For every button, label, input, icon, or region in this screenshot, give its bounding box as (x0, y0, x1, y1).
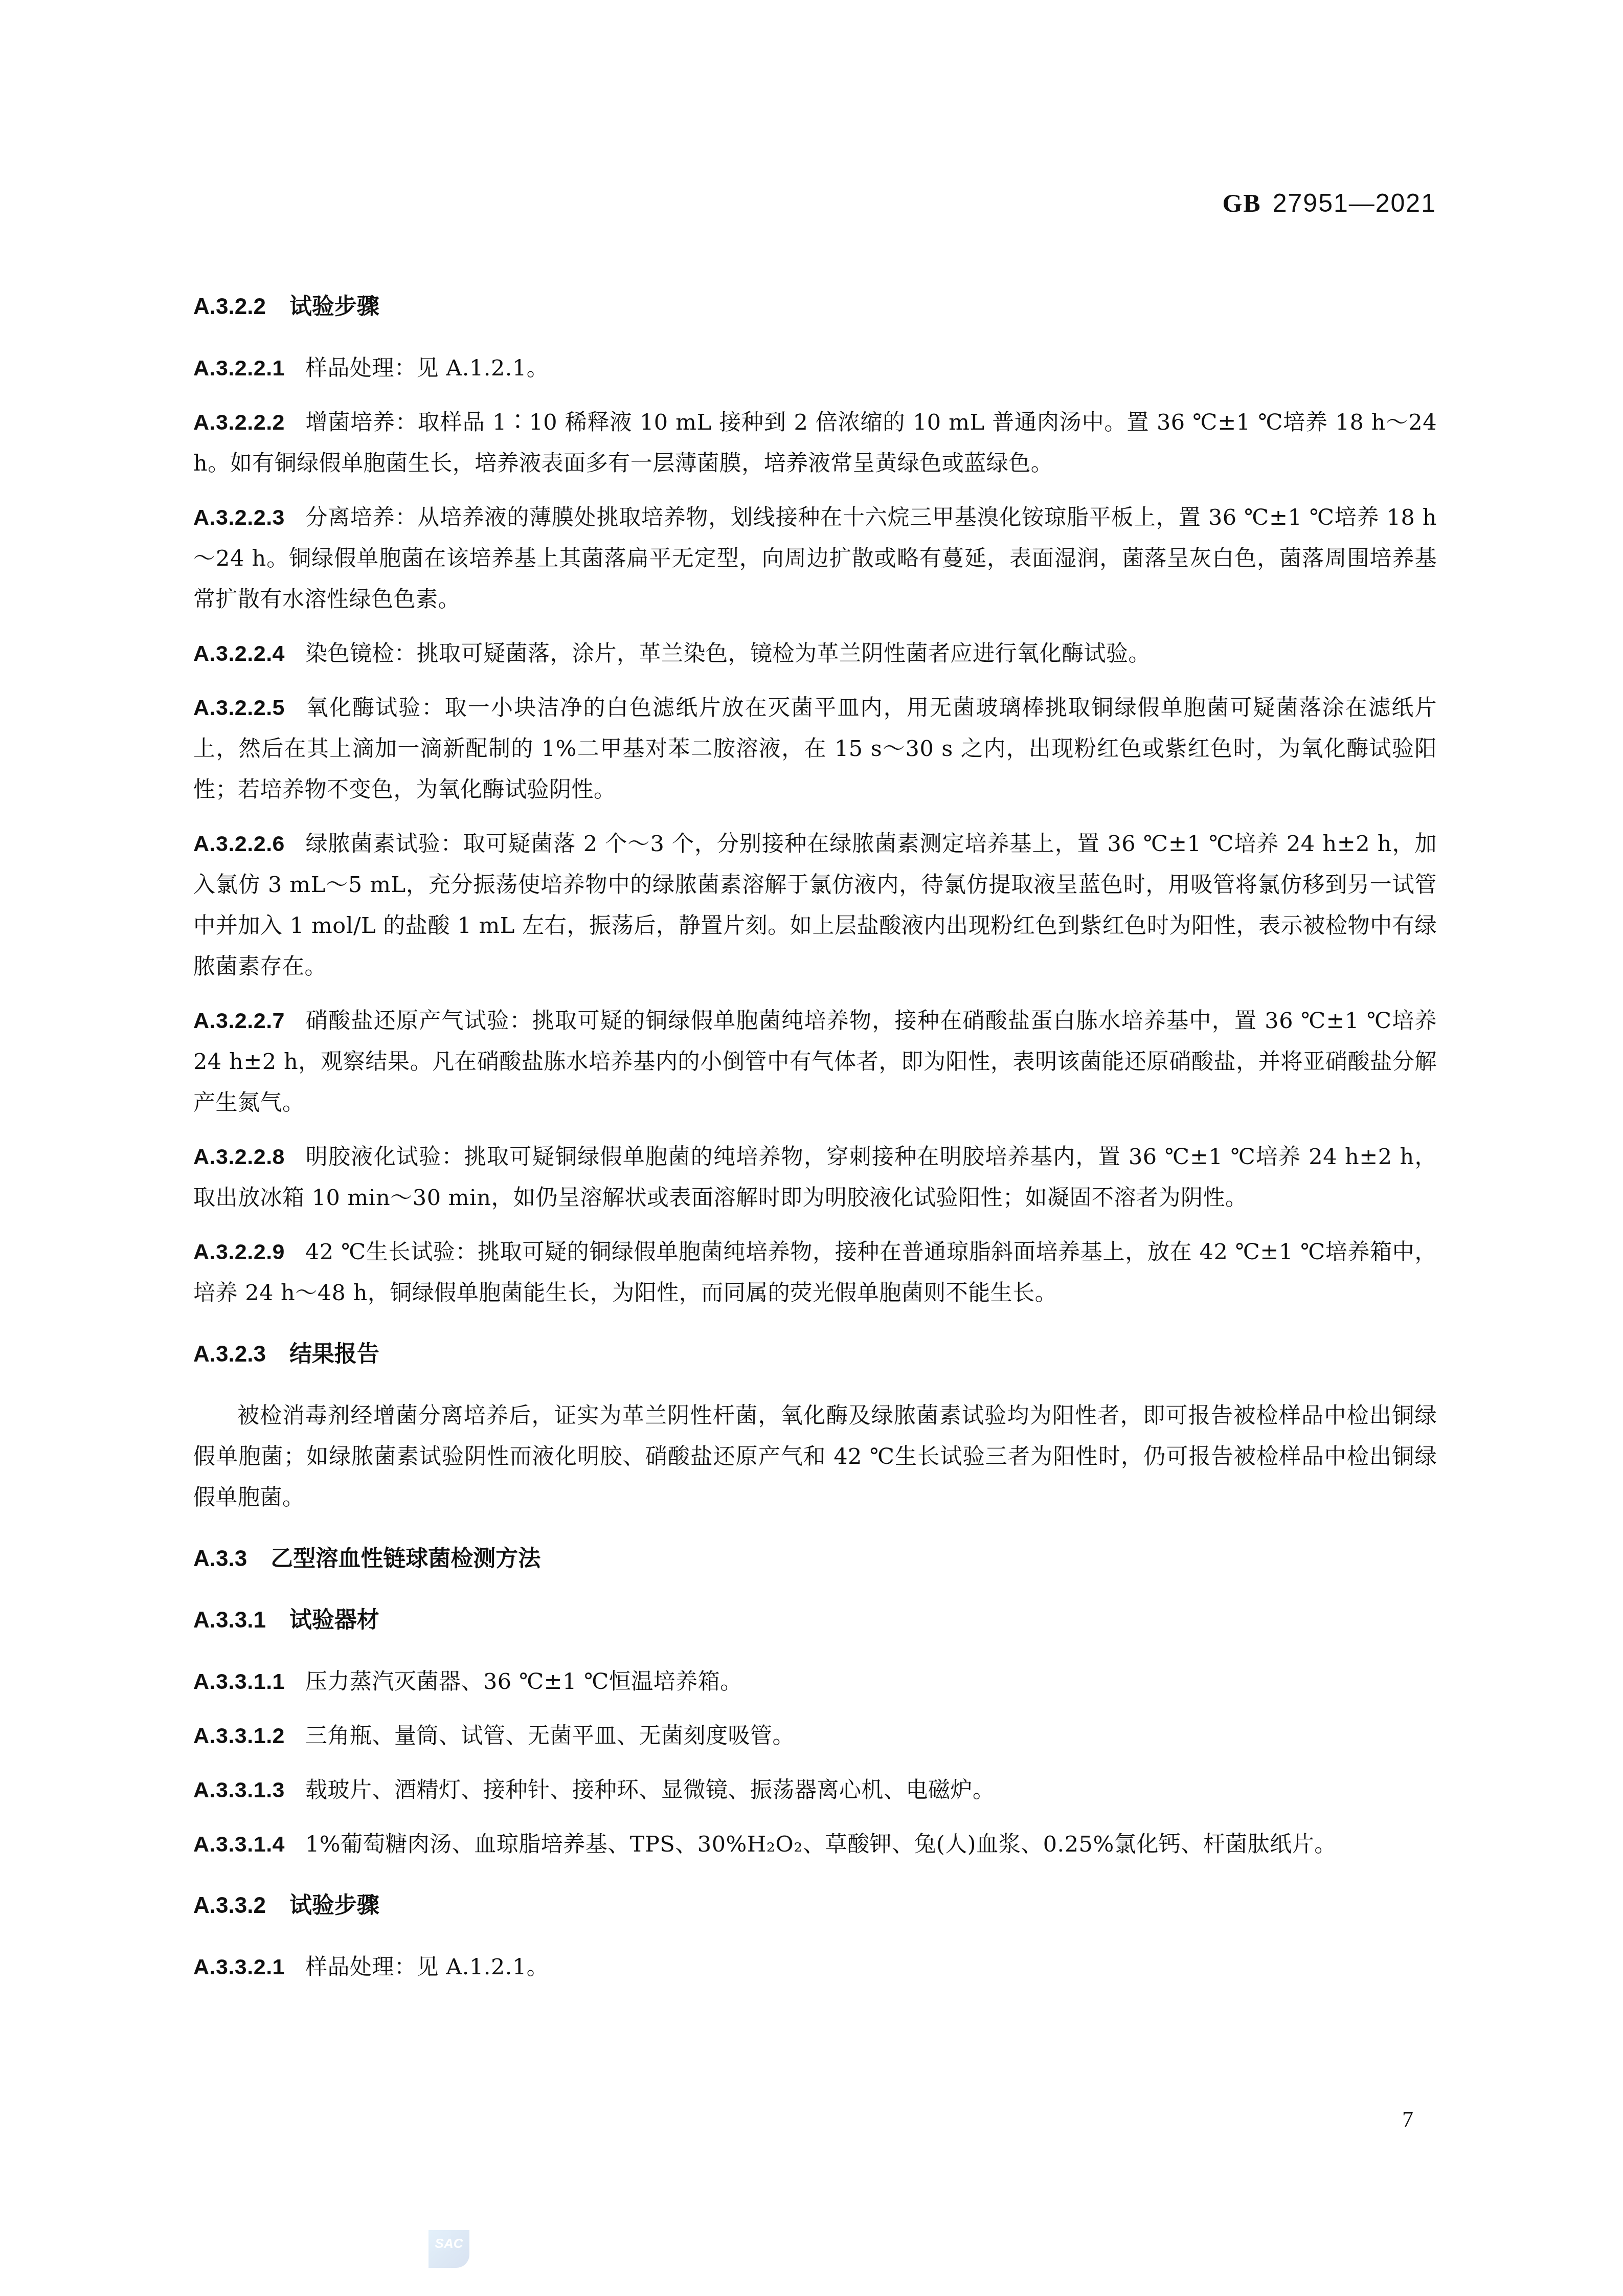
clause: A.3.2.2.4染色镜检：挑取可疑菌落，涂片，革兰染色，镜检为革兰阴性菌者应进… (193, 633, 1437, 674)
paragraph: 被检消毒剂经增菌分离培养后，证实为革兰阴性杆菌，氧化酶及绿脓菌素试验均为阳性者，… (193, 1395, 1437, 1518)
section-heading: A.3.3.1试验器材 (193, 1600, 1437, 1641)
clause: A.3.2.2.1样品处理：见 A.1.2.1。 (193, 348, 1437, 389)
clause: A.3.2.2.2增菌培养：取样品 1∶10 稀释液 10 mL 接种到 2 倍… (193, 402, 1437, 484)
section-heading: A.3.2.3结果报告 (193, 1334, 1437, 1375)
clause: A.3.3.2.1样品处理：见 A.1.2.1。 (193, 1947, 1437, 1988)
document-body: A.3.2.2试验步骤 A.3.2.2.1样品处理：见 A.1.2.1。 A.3… (193, 286, 1437, 1988)
clause: A.3.2.2.3分离培养：从培养液的薄膜处挑取培养物，划线接种在十六烷三甲基溴… (193, 497, 1437, 620)
clause: A.3.2.2.7硝酸盐还原产气试验：挑取可疑的铜绿假单胞菌纯培养物，接种在硝酸… (193, 1000, 1437, 1123)
clause: A.3.2.2.6绿脓菌素试验：取可疑菌落 2 个～3 个，分别接种在绿脓菌素测… (193, 823, 1437, 987)
clause: A.3.2.2.5氧化酶试验：取一小块洁净的白色滤纸片放在灭菌平皿内，用无菌玻璃… (193, 687, 1437, 810)
clause: A.3.3.1.3载玻片、酒精灯、接种针、接种环、显微镜、振荡器离心机、电磁炉。 (193, 1770, 1437, 1811)
sac-watermark-icon: SAC (429, 2230, 469, 2268)
clause: A.3.2.2.8明胶液化试验：挑取可疑铜绿假单胞菌的纯培养物，穿刺接种在明胶培… (193, 1136, 1437, 1218)
section-heading: A.3.3.2试验步骤 (193, 1885, 1437, 1926)
section-heading: A.3.3乙型溶血性链球菌检测方法 (193, 1539, 1437, 1579)
standard-number: 27951—2021 (1273, 189, 1436, 217)
clause: A.3.3.1.2三角瓶、量筒、试管、无菌平皿、无菌刻度吸管。 (193, 1715, 1437, 1756)
clause: A.3.2.2.942 ℃生长试验：挑取可疑的铜绿假单胞菌纯培养物，接种在普通琼… (193, 1232, 1437, 1313)
standard-prefix: GB (1222, 189, 1261, 217)
section-heading: A.3.2.2试验步骤 (193, 286, 1437, 327)
page-number: 7 (1402, 2106, 1413, 2132)
clause: A.3.3.1.1压力蒸汽灭菌器、36 ℃±1 ℃恒温培养箱。 (193, 1661, 1437, 1702)
standard-code: GB27951—2021 (1222, 188, 1436, 218)
clause: A.3.3.1.41%葡萄糖肉汤、血琼脂培养基、TPS、30%H₂O₂、草酸钾、… (193, 1824, 1437, 1865)
